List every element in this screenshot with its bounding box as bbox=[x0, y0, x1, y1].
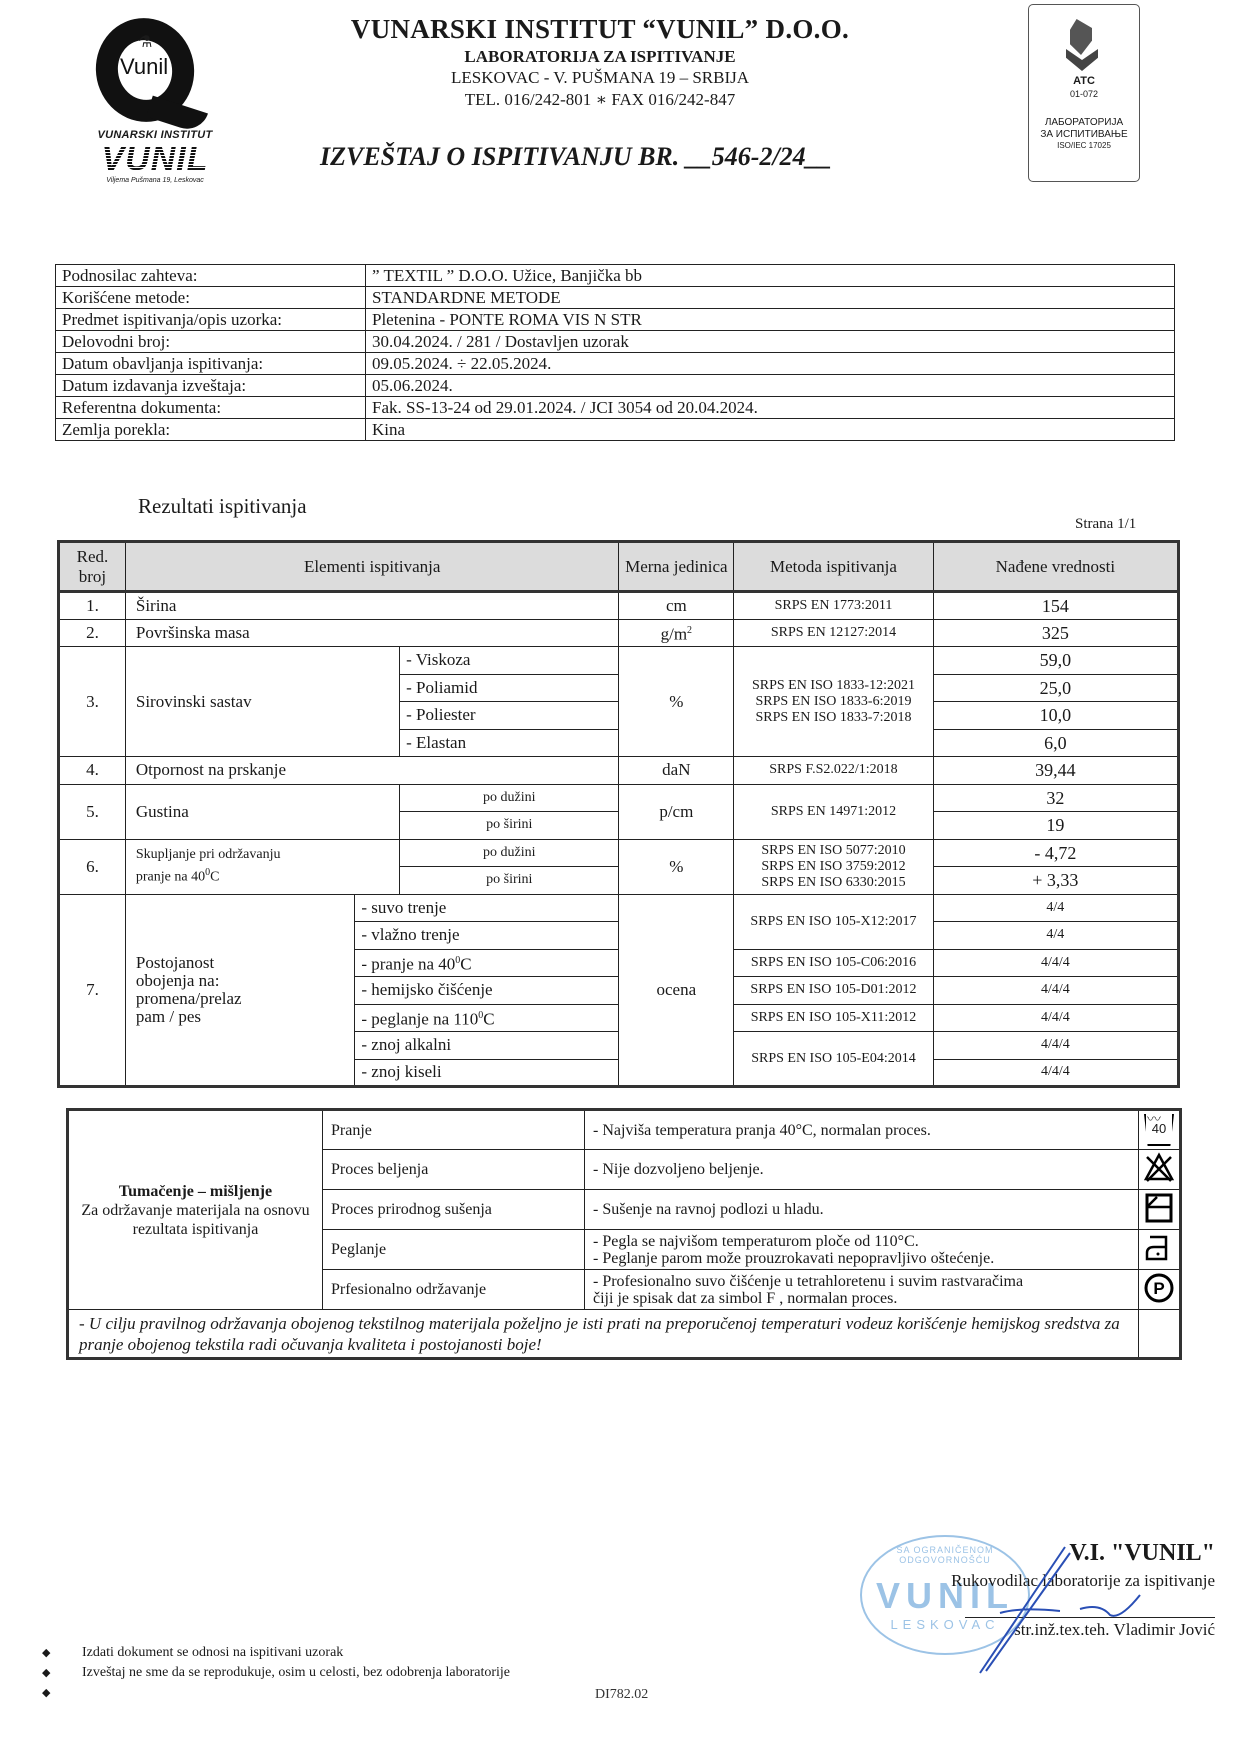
info-row: Korišćene metode:STANDARDNE METODE bbox=[56, 287, 1175, 309]
table-row: 1. Širina cm SRPS EN 1773:2011 154 bbox=[59, 592, 1179, 620]
atc-number: 01-072 bbox=[1029, 89, 1139, 99]
info-value: ” TEXTIL ” D.O.O. Užice, Banjička bb bbox=[366, 265, 1175, 287]
table-row: 5. Gustina po dužini p/cm SRPS EN 14971:… bbox=[59, 784, 1179, 812]
report-label: IZVEŠTAJ O ISPITIVANJU BR. bbox=[320, 142, 679, 171]
institute-address: LESKOVAC - V. PUŠMANA 19 – SRBIJA bbox=[300, 67, 900, 89]
info-label: Datum izdavanja izveštaja: bbox=[56, 375, 366, 397]
professional-clean-p-icon: P bbox=[1143, 1272, 1175, 1304]
microscope-icon: ⚗ bbox=[138, 32, 152, 52]
footer-note: ◆Izdati dokument se odnosi na ispitivani… bbox=[42, 1643, 672, 1663]
wash-40-icon: 40 bbox=[1144, 1114, 1174, 1146]
table-row: 2. Površinska masa g/m2 SRPS EN 12127:20… bbox=[59, 619, 1179, 647]
document-code: DI782.02 bbox=[595, 1687, 648, 1703]
info-value: Fak. SS-13-24 od 29.01.2024. / JCI 3054 … bbox=[366, 397, 1175, 419]
no-bleach-icon bbox=[1143, 1152, 1175, 1184]
col-value: Nađene vrednosti bbox=[933, 542, 1178, 592]
atc-standard: ISO/IEC 17025 bbox=[1029, 141, 1139, 150]
care-note-row: - U cilju pravilnog održavanja obojenog … bbox=[68, 1310, 1181, 1359]
col-element: Elementi ispitivanja bbox=[125, 542, 619, 592]
info-row: Zemlja porekla:Kina bbox=[56, 419, 1175, 441]
request-info-table: Podnosilac zahteva:” TEXTIL ” D.O.O. Uži… bbox=[55, 264, 1175, 441]
footer-note: ◆Izveštaj ne sme da se reprodukuje, osim… bbox=[42, 1663, 672, 1683]
col-unit: Merna jedinica bbox=[619, 542, 734, 592]
info-label: Podnosilac zahteva: bbox=[56, 265, 366, 287]
lab-name: LABORATORIJA ZA ISPITIVANJE bbox=[300, 47, 900, 67]
info-row: Datum obavljanja ispitivanja:09.05.2024.… bbox=[56, 353, 1175, 375]
info-label: Zemlja porekla: bbox=[56, 419, 366, 441]
logo-brand: VUNIL bbox=[80, 141, 230, 177]
table-row: 3. Sirovinski sastav - Viskoza % SRPS EN… bbox=[59, 647, 1179, 675]
info-value: Pletenina - PONTE ROMA VIS N STR bbox=[366, 309, 1175, 331]
info-row: Datum izdavanja izveštaja:05.06.2024. bbox=[56, 375, 1175, 397]
iron-low-icon bbox=[1144, 1233, 1174, 1263]
info-value: 05.06.2024. bbox=[366, 375, 1175, 397]
results-section-title: Rezultati ispitivanja bbox=[138, 494, 307, 519]
report-number: __546-2/24__ bbox=[686, 142, 832, 171]
info-value: STANDARDNE METODE bbox=[366, 287, 1175, 309]
info-label: Korišćene metode: bbox=[56, 287, 366, 309]
footer-note: ◆ bbox=[42, 1683, 672, 1703]
institute-contact: TEL. 016/242-801 ∗ FAX 016/242-847 bbox=[300, 89, 900, 111]
info-value: 09.05.2024. ÷ 22.05.2024. bbox=[366, 353, 1175, 375]
handwritten-signature-icon bbox=[960, 1545, 1150, 1675]
atc-mark-icon bbox=[1064, 19, 1104, 71]
institute-logo: ⚗ Vunil VUNARSKI INSTITUT VUNIL Viljema … bbox=[80, 14, 230, 184]
dry-flat-shade-icon bbox=[1145, 1193, 1173, 1223]
info-row: Referentna dokumenta:Fak. SS-13-24 od 29… bbox=[56, 397, 1175, 419]
col-no: Red. broj bbox=[59, 542, 126, 592]
info-label: Datum obavljanja ispitivanja: bbox=[56, 353, 366, 375]
institute-title: VUNARSKI INSTITUT “VUNIL” D.O.O. bbox=[300, 14, 900, 45]
info-row: Podnosilac zahteva:” TEXTIL ” D.O.O. Uži… bbox=[56, 265, 1175, 287]
footer-notes: ◆Izdati dokument se odnosi na ispitivani… bbox=[42, 1643, 672, 1703]
care-note: - U cilju pravilnog održavanja obojenog … bbox=[68, 1310, 1139, 1359]
atc-code: ATC bbox=[1029, 75, 1139, 87]
results-header-row: Red. broj Elementi ispitivanja Merna jed… bbox=[59, 542, 1179, 592]
atc-lab-label: ЛАБОРАТОРИЈА ЗА ИСПИТИВАЊЕ bbox=[1029, 117, 1139, 141]
institute-header: VUNARSKI INSTITUT “VUNIL” D.O.O. LABORAT… bbox=[300, 14, 900, 111]
results-table: Red. broj Elementi ispitivanja Merna jed… bbox=[57, 540, 1180, 1088]
interpretation-intro: Tumačenje – mišljenje Za održavanje mate… bbox=[68, 1110, 323, 1310]
table-row: 6. Skupljanje pri održavanju pranje na 4… bbox=[59, 839, 1179, 867]
table-row: 7. Postojanost obojenja na: promena/prel… bbox=[59, 894, 1179, 922]
info-label: Referentna dokumenta: bbox=[56, 397, 366, 419]
info-value: Kina bbox=[366, 419, 1175, 441]
svg-text:P: P bbox=[1153, 1279, 1164, 1298]
info-label: Predmet ispitivanja/opis uzorka: bbox=[56, 309, 366, 331]
logo-address: Viljema Pušmana 19, Leskovac bbox=[80, 177, 230, 184]
accreditation-badge: ATC 01-072 ЛАБОРАТОРИЈА ЗА ИСПИТИВАЊЕ IS… bbox=[1028, 4, 1140, 182]
table-row: 4. Otpornost na prskanje daN SRPS F.S2.0… bbox=[59, 757, 1179, 785]
info-row: Delovodni broj:30.04.2024. / 281 / Dosta… bbox=[56, 331, 1175, 353]
info-label: Delovodni broj: bbox=[56, 331, 366, 353]
report-title: IZVEŠTAJ O ISPITIVANJU BR. __546-2/24__ bbox=[320, 142, 832, 172]
q-logo-icon: ⚗ Vunil bbox=[88, 14, 218, 129]
col-method: Metoda ispitivanja bbox=[734, 542, 934, 592]
info-row: Predmet ispitivanja/opis uzorka:Pletenin… bbox=[56, 309, 1175, 331]
care-row-washing: Tumačenje – mišljenje Za održavanje mate… bbox=[68, 1110, 1181, 1150]
page-indicator: Strana 1/1 bbox=[1075, 516, 1136, 533]
info-value: 30.04.2024. / 281 / Dostavljen uzorak bbox=[366, 331, 1175, 353]
interpretation-table: Tumačenje – mišljenje Za održavanje mate… bbox=[66, 1108, 1182, 1360]
